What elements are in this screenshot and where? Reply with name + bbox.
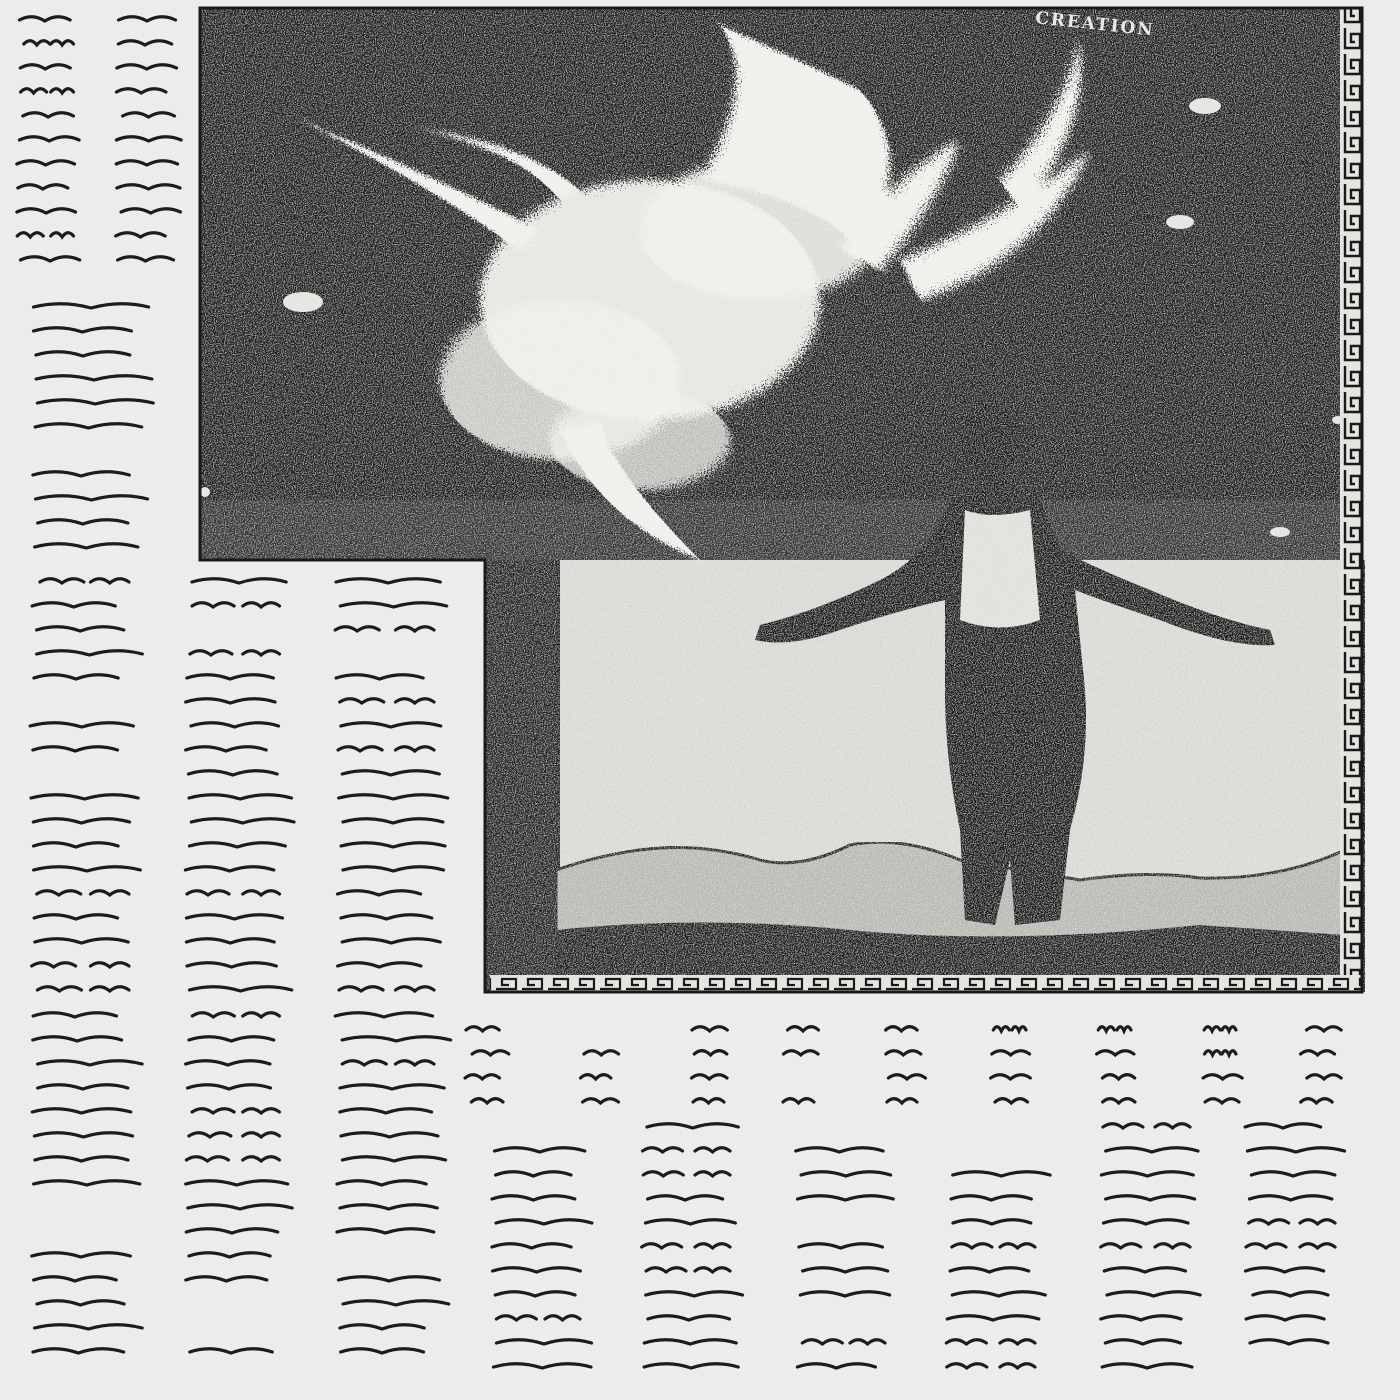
artwork-canvas: CREATION xyxy=(0,0,1400,1400)
photo-collage: CREATION xyxy=(190,0,1390,1000)
greek-key-border-bottom xyxy=(490,975,1362,991)
greek-key-border-right xyxy=(1340,8,1362,983)
